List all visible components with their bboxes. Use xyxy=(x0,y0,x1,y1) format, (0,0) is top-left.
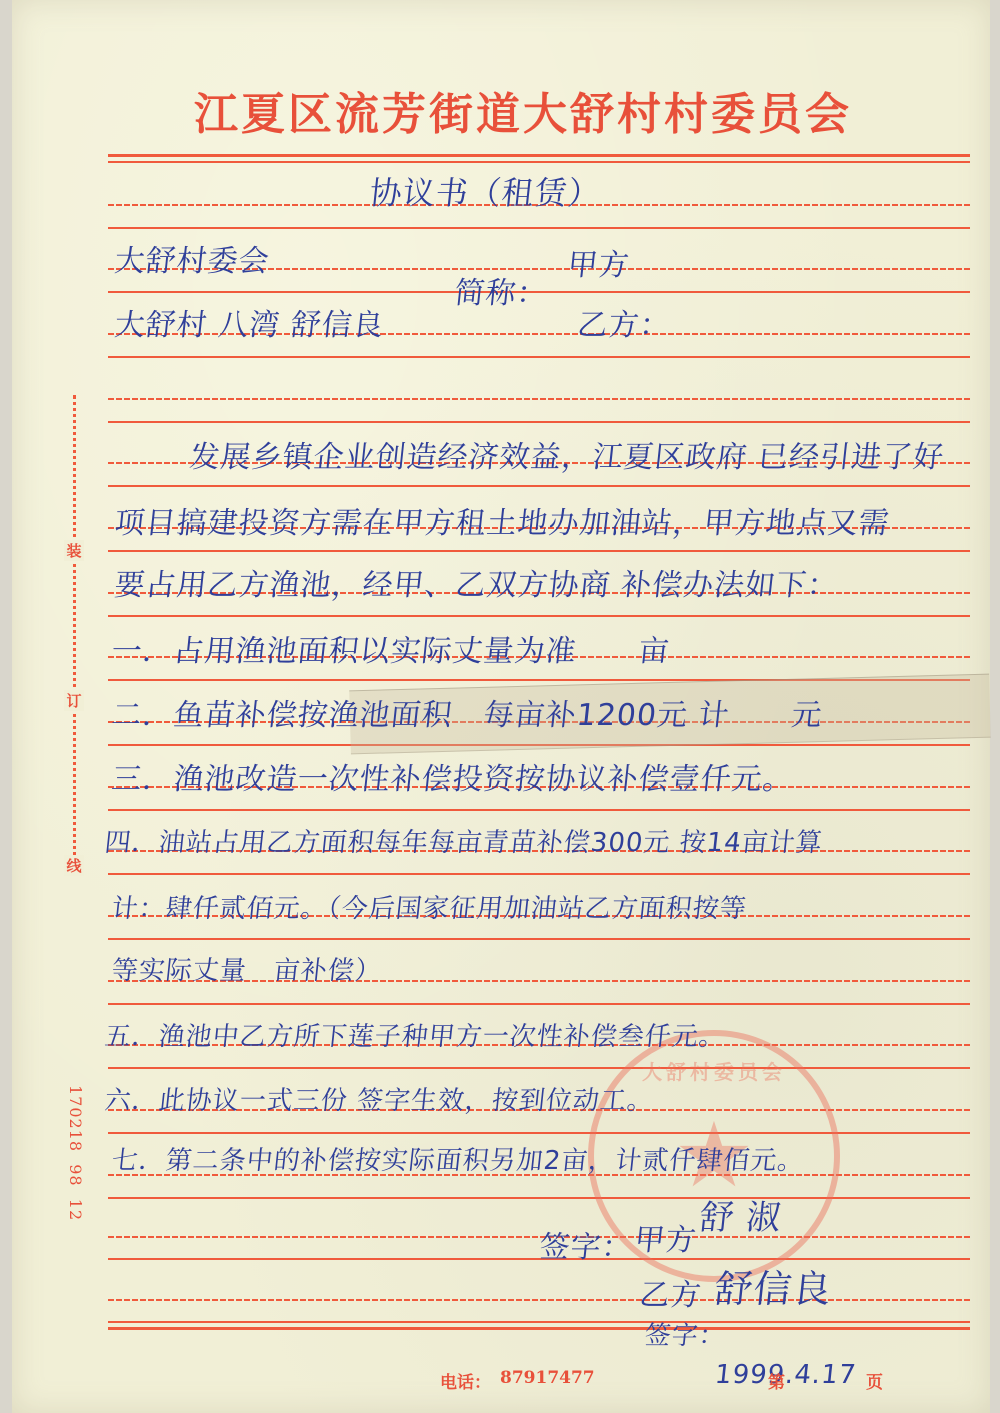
clause-2: 二．鱼苗补偿按渔池面积 每亩补1200元 计 元 xyxy=(110,690,826,734)
clause-5: 五．渔池中乙方所下莲子种甲方一次性补偿叁仟元。 xyxy=(103,1016,728,1053)
page-suffix: 页 xyxy=(866,1368,883,1393)
clause-6: 六．此协议一式三份 签字生效，按到位动工。 xyxy=(103,1080,656,1117)
signing-date: 1999.4.17 xyxy=(713,1360,857,1390)
ruled-line xyxy=(108,1132,970,1134)
abbreviation-label: 简称： xyxy=(453,268,551,312)
party-b-sign-label: 乙方 xyxy=(638,1270,705,1314)
ruled-line xyxy=(108,356,970,358)
document-title: 协议书（租赁） xyxy=(368,168,604,214)
binding-label: 线 xyxy=(64,855,84,876)
ruled-line xyxy=(108,1236,970,1238)
ruled-line xyxy=(108,809,970,811)
party-a-label: 甲方 xyxy=(566,240,633,284)
page-prefix: 第 xyxy=(768,1368,785,1393)
footer-rule xyxy=(108,1321,970,1323)
clause-3: 三．渔池改造一次性补偿投资按协议补偿壹仟元。 xyxy=(110,754,797,798)
clause-4-cont: 计：肆仟贰佰元。（今后国家征用加油站乙方面积按等 xyxy=(110,888,749,925)
ruled-line xyxy=(108,615,970,617)
binding-label: 订 xyxy=(64,690,84,711)
binding-line xyxy=(73,395,76,875)
clause-7: 七．第二条中的补偿按实际面积另加2亩，计贰仟肆佰元。 xyxy=(110,1140,806,1177)
ruled-line xyxy=(108,873,970,875)
clause-4-cont: 等实际丈量 亩补偿） xyxy=(110,950,384,987)
ruled-line xyxy=(108,1003,970,1005)
body-line: 项目搞建投资方需在甲方租土地办加油站，甲方地点又需 xyxy=(113,498,893,542)
party-b-name: 大舒村 八湾 舒信良 xyxy=(113,300,387,344)
party-a-name: 大舒村委会 xyxy=(113,236,273,280)
ruled-line xyxy=(108,938,970,940)
ruled-line xyxy=(108,398,970,400)
date-sign-label: 签字： xyxy=(643,1315,728,1352)
party-b-label: 乙方： xyxy=(576,300,674,344)
body-line: 要占用乙方渔池，经甲、乙双方协商 补偿办法如下： xyxy=(113,560,841,604)
party-b-signature: 舒信良 xyxy=(712,1258,835,1313)
body-line: 发展乡镇企业创造经济效益，江夏区政府 已经引进了好 xyxy=(188,432,947,476)
ruled-line xyxy=(108,550,970,552)
party-a-sign-label: 甲方 xyxy=(633,1215,700,1259)
form-serial-number: 170218 98 12 xyxy=(66,1085,85,1221)
ruled-line xyxy=(108,485,970,487)
phone-label: 电话： xyxy=(440,1368,491,1393)
ruled-line xyxy=(108,1197,970,1199)
phone-number: 87917477 xyxy=(500,1368,595,1388)
binding-label: 装 xyxy=(64,540,84,561)
clause-4: 四．油站占用乙方面积每年每亩青苗补偿300元 按14亩计算 xyxy=(103,822,825,859)
footer-rule xyxy=(108,1327,970,1330)
ruled-line xyxy=(108,1067,970,1069)
header-rule xyxy=(108,154,970,157)
ruled-line xyxy=(108,421,970,423)
letterhead-title: 江夏区流芳街道大舒村村委员会 xyxy=(178,78,868,142)
header-rule xyxy=(108,161,970,163)
party-a-signature: 舒 淑 xyxy=(697,1190,784,1239)
ruled-line xyxy=(108,1299,970,1301)
clause-1: 一．占用渔池面积以实际丈量为准 亩 xyxy=(110,626,673,670)
signature-label: 签字： xyxy=(538,1222,636,1266)
ruled-line xyxy=(108,227,970,229)
